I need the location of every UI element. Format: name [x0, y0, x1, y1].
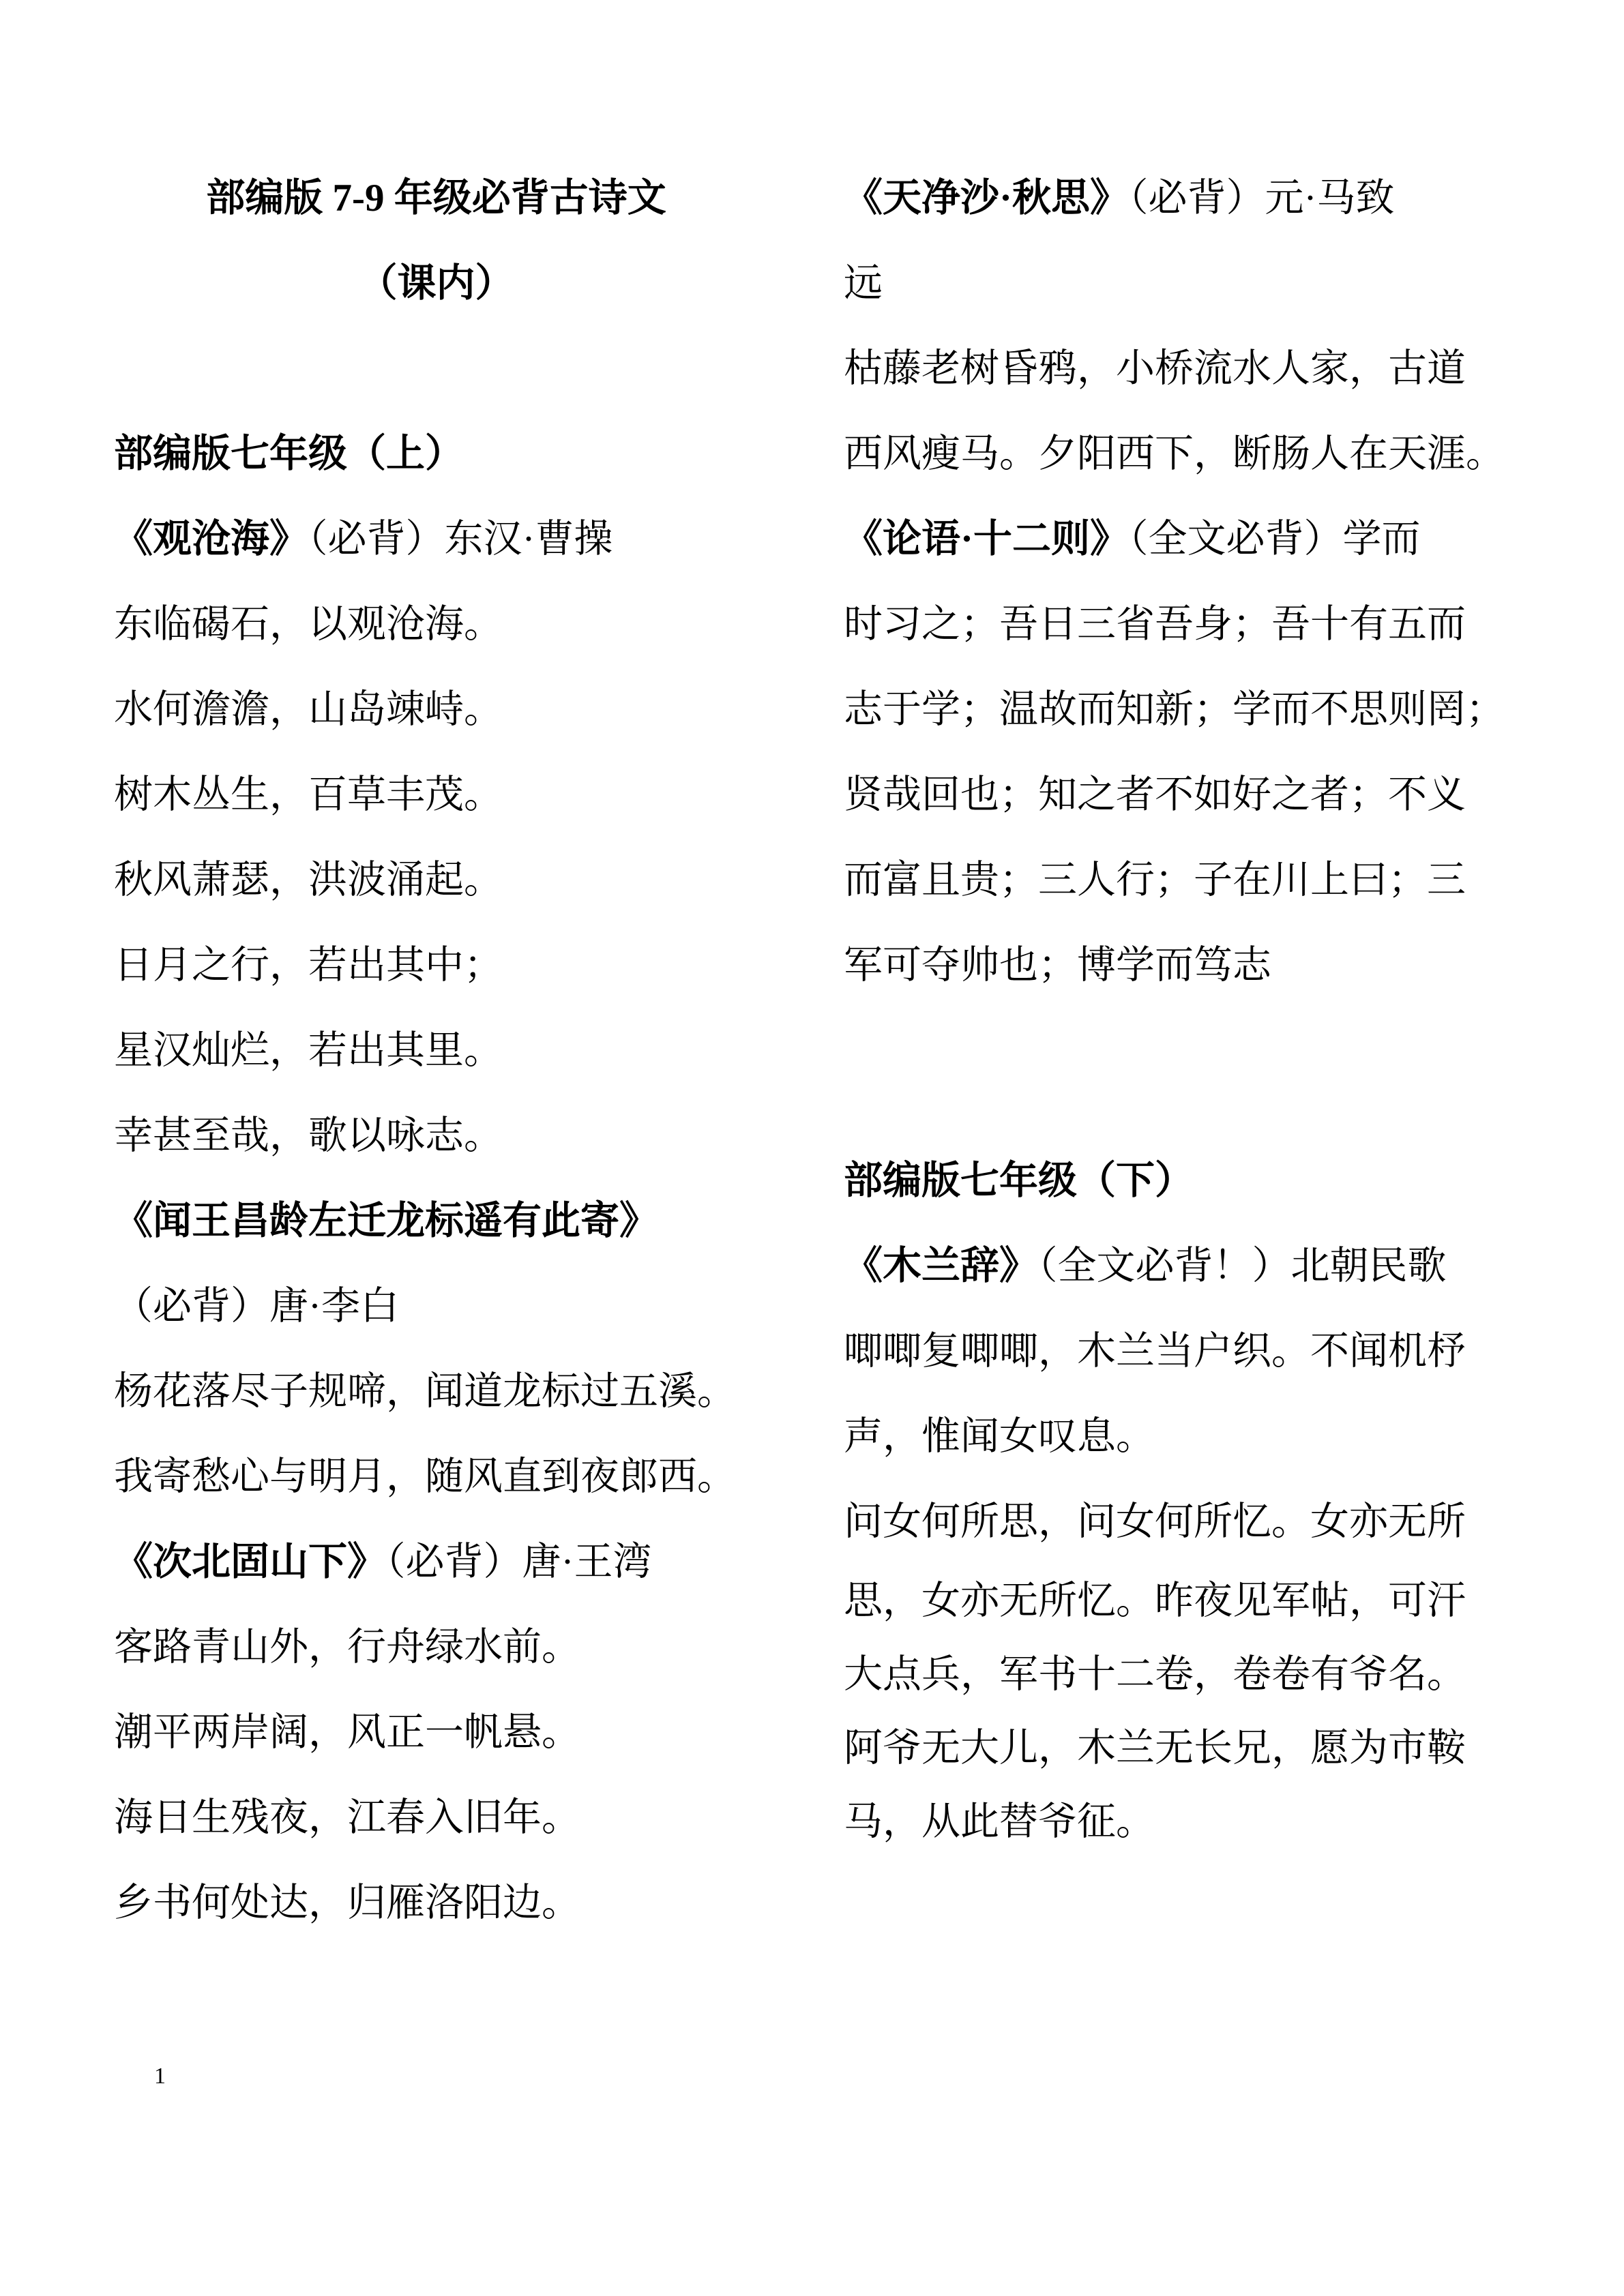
- text-segment: 思，女亦无所忆。昨夜见军帖，可汗: [844, 1579, 1466, 1622]
- section-heading: 部编版七年级（上）: [114, 411, 758, 496]
- text-segment: 西风瘦马。夕阳西下，断肠人在天涯。: [844, 432, 1505, 475]
- poem-line: 西风瘦马。夕阳西下，断肠人在天涯。: [844, 411, 1488, 496]
- poem-line: 远: [844, 241, 1488, 326]
- document-title-line: 部编版 7-9 年级必背古诗文: [114, 155, 758, 241]
- poem-line: （必背）唐·李白: [114, 1264, 758, 1349]
- poem-line: 水何澹澹，山岛竦峙。: [114, 667, 758, 752]
- text-segment: （必背）唐·王湾: [386, 1540, 651, 1583]
- poem-line: 秋风萧瑟，洪波涌起。: [114, 837, 758, 923]
- poem-title-line: 《木兰辞》（全文必背！）北朝民歌: [844, 1223, 1488, 1309]
- text-segment: 时习之；吾日三省吾身；吾十有五而: [844, 603, 1466, 646]
- bold-text-segment: 《观沧海》: [114, 518, 308, 561]
- document-title-line: （课内）: [114, 241, 758, 326]
- poem-title-line: 《观沧海》（必背）东汉·曹操: [114, 496, 758, 582]
- bold-text-segment: 部编版 7-9 年级必背古诗文: [206, 177, 666, 220]
- poem-line: 乡书何处达，归雁洛阳边。: [114, 1860, 758, 1945]
- text-segment: 问女何所思，问女何所忆。女亦无所: [844, 1500, 1466, 1543]
- poem-line: 思，女亦无所忆。昨夜见军帖，可汗: [844, 1564, 1488, 1638]
- poem-title-line: 《次北固山下》（必背）唐·王湾: [114, 1519, 758, 1605]
- poem-title-line: 《论语·十二则》（全文必背）学而: [844, 496, 1488, 582]
- text-segment: 声，惟闻女叹息。: [844, 1415, 1155, 1458]
- text-segment: 乡书何处达，归雁洛阳边。: [114, 1881, 580, 1924]
- text-segment: 阿爷无大儿，木兰无长兄，愿为市鞍: [844, 1727, 1466, 1770]
- text-segment: 东临碣石，以观沧海。: [114, 603, 503, 646]
- text-segment: （必背）元·马致: [1129, 177, 1394, 220]
- poem-title-line: 《天净沙·秋思》（必背）元·马致: [844, 155, 1488, 241]
- text-segment: （全文必背）学而: [1129, 518, 1421, 561]
- poem-line: 杨花落尽子规啼，闻道龙标过五溪。: [114, 1349, 758, 1434]
- poem-line: 我寄愁心与明月，随风直到夜郎西。: [114, 1434, 758, 1519]
- poem-line: 日月之行，若出其中；: [114, 923, 758, 1008]
- bold-text-segment: 《次北固山下》: [114, 1540, 386, 1583]
- text-segment: 唧唧复唧唧，木兰当户织。不闻机杼: [844, 1330, 1466, 1373]
- poem-line: 星汉灿烂，若出其里。: [114, 1008, 758, 1093]
- poem-line: 马，从此替爷征。: [844, 1785, 1488, 1859]
- left-column: 部编版 7-9 年级必背古诗文（课内）部编版七年级（上）《观沧海》（必背）东汉·…: [114, 155, 758, 1945]
- text-segment: （必背）东汉·曹操: [308, 518, 612, 561]
- poem-line: 幸甚至哉，歌以咏志。: [114, 1093, 758, 1178]
- poem-line: 客路青山外，行舟绿水前。: [114, 1605, 758, 1690]
- text-segment: 客路青山外，行舟绿水前。: [114, 1626, 580, 1669]
- text-segment: 远: [844, 262, 883, 305]
- bold-text-segment: 《闻王昌龄左迁龙标遥有此寄》: [114, 1199, 658, 1242]
- poem-line: 而富且贵；三人行；子在川上曰；三: [844, 837, 1488, 923]
- poem-line: 军可夺帅也；博学而笃志: [844, 923, 1488, 1008]
- poem-line: 时习之；吾日三省吾身；吾十有五而: [844, 582, 1488, 667]
- poem-line: 唧唧复唧唧，木兰当户织。不闻机杼: [844, 1309, 1488, 1394]
- bold-text-segment: 部编版七年级（下）: [844, 1159, 1194, 1202]
- page-number: 1: [154, 2061, 166, 2092]
- poem-line: 东临碣石，以观沧海。: [114, 582, 758, 667]
- right-column: 《天净沙·秋思》（必背）元·马致远枯藤老树昏鸦，小桥流水人家，古道西风瘦马。夕阳…: [844, 155, 1488, 1859]
- poem-line: 海日生残夜，江春入旧年。: [114, 1775, 758, 1860]
- poem-line: 大点兵，军书十二卷，卷卷有爷名。: [844, 1638, 1488, 1712]
- section-gap: [844, 1008, 1488, 1138]
- bold-text-segment: 《木兰辞》: [844, 1244, 1038, 1287]
- text-segment: 树木丛生，百草丰茂。: [114, 773, 503, 816]
- poem-title-line: 《闻王昌龄左迁龙标遥有此寄》: [114, 1178, 758, 1264]
- text-segment: 马，从此替爷征。: [844, 1800, 1155, 1843]
- text-segment: 军可夺帅也；博学而笃志: [844, 944, 1271, 987]
- poem-line: 枯藤老树昏鸦，小桥流水人家，古道: [844, 326, 1488, 411]
- poem-line: 潮平两岸阔，风正一帆悬。: [114, 1690, 758, 1775]
- text-segment: （全文必背！）北朝民歌: [1038, 1244, 1447, 1287]
- text-segment: 贤哉回也；知之者不如好之者；不义: [844, 773, 1466, 816]
- poem-line: 树木丛生，百草丰茂。: [114, 752, 758, 837]
- bold-text-segment: （课内）: [359, 262, 514, 305]
- poem-line: 声，惟闻女叹息。: [844, 1394, 1488, 1479]
- text-segment: 我寄愁心与明月，随风直到夜郎西。: [114, 1455, 736, 1498]
- text-segment: 枯藤老树昏鸦，小桥流水人家，古道: [844, 347, 1466, 390]
- bold-text-segment: 《论语·十二则》: [844, 518, 1129, 561]
- blank-line: [114, 326, 758, 411]
- bold-text-segment: 《天净沙·秋思》: [844, 177, 1129, 220]
- section-heading: 部编版七年级（下）: [844, 1138, 1488, 1223]
- text-segment: 而富且贵；三人行；子在川上曰；三: [844, 859, 1466, 901]
- text-segment: 水何澹澹，山岛竦峙。: [114, 688, 503, 731]
- text-segment: 大点兵，军书十二卷，卷卷有爷名。: [844, 1653, 1466, 1696]
- text-segment: 幸甚至哉，歌以咏志。: [114, 1114, 503, 1157]
- poem-line: 志于学；温故而知新；学而不思则罔；: [844, 667, 1488, 752]
- text-segment: 秋风萧瑟，洪波涌起。: [114, 859, 503, 901]
- bold-text-segment: 部编版七年级（上）: [114, 432, 464, 475]
- text-segment: 杨花落尽子规啼，闻道龙标过五溪。: [114, 1370, 736, 1413]
- document-page: 部编版 7-9 年级必背古诗文（课内）部编版七年级（上）《观沧海》（必背）东汉·…: [0, 0, 1624, 2296]
- text-segment: 海日生残夜，江春入旧年。: [114, 1796, 580, 1839]
- text-segment: 志于学；温故而知新；学而不思则罔；: [844, 688, 1505, 731]
- poem-line: 贤哉回也；知之者不如好之者；不义: [844, 752, 1488, 837]
- text-segment: 日月之行，若出其中；: [114, 944, 503, 987]
- text-segment: 星汉灿烂，若出其里。: [114, 1029, 503, 1072]
- text-segment: （必背）唐·李白: [114, 1285, 399, 1328]
- poem-line: 问女何所思，问女何所忆。女亦无所: [844, 1479, 1488, 1564]
- text-segment: 潮平两岸阔，风正一帆悬。: [114, 1711, 580, 1754]
- poem-line: 阿爷无大儿，木兰无长兄，愿为市鞍: [844, 1712, 1488, 1785]
